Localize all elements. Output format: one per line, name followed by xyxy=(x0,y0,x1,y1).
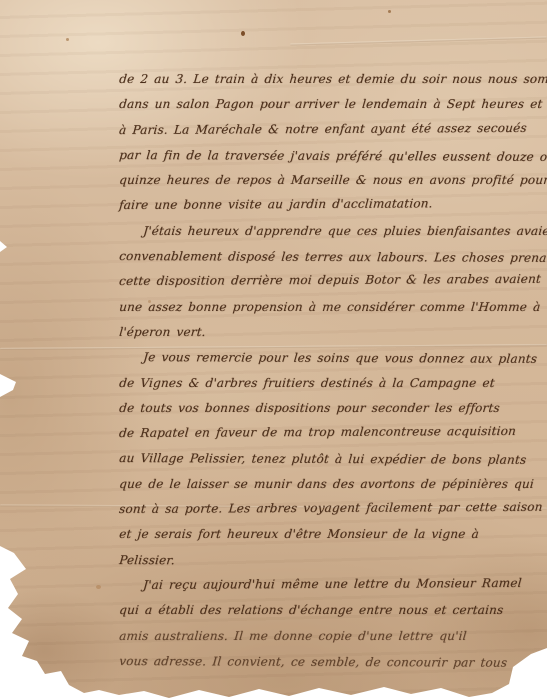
letter-line: de touts vos bonnes dispositions pour se… xyxy=(118,396,542,421)
letter-line: par la fin de la traversée j'avais préfé… xyxy=(118,143,542,170)
letter-line: de 2 au 3. Le train à dix heures et demi… xyxy=(118,67,542,92)
letter-photo: de 2 au 3. Le train à dix heures et demi… xyxy=(0,0,547,700)
letter-line: Je vous remercie pour les soins que vous… xyxy=(118,345,542,372)
letter-line: faire une bonne visite au jardin d'accli… xyxy=(118,191,542,219)
letter-line: à Paris. La Maréchale & notre enfant aya… xyxy=(118,115,542,143)
paper-crease xyxy=(290,36,547,45)
letter-line: que de le laisser se munir dans des avor… xyxy=(118,472,542,497)
paper-speck xyxy=(388,10,391,13)
letter-line: dans un salon Pagon pour arriver le lend… xyxy=(118,92,542,117)
letter-line: qui a établi des relations d'échange ent… xyxy=(118,598,542,623)
letter-line: une assez bonne propension à me considér… xyxy=(118,295,542,320)
letter-line: l'éperon vert. xyxy=(118,320,542,345)
letter-line: cette disposition derrière moi depuis Bo… xyxy=(118,267,542,295)
letter-line: vous adresse. Il convient, ce semble, de… xyxy=(118,649,542,676)
letter-line: sont à sa porte. Les arbres voyagent fac… xyxy=(118,495,542,523)
letter-line: de Rapatel en faveur de ma trop malencon… xyxy=(118,419,542,447)
paper-speck xyxy=(96,585,101,589)
paper-speck xyxy=(241,31,245,36)
letter-line: quinze heures de repos à Marseille & nou… xyxy=(118,168,542,193)
letter-line: et je serais fort heureux d'être Monsieu… xyxy=(118,522,542,547)
handwritten-text: de 2 au 3. Le train à dix heures et demi… xyxy=(118,67,540,674)
letter-line: J'étais heureux d'apprendre que ces plui… xyxy=(118,219,542,244)
letter-line: J'ai reçu aujourd'hui même une lettre du… xyxy=(118,571,542,599)
letter-line: au Village Pelissier, tenez plutôt à lui… xyxy=(118,446,542,473)
letter-line: de Vignes & d'arbres fruitiers destinés … xyxy=(118,371,542,396)
letter-line: amis australiens. Il me donne copie d'un… xyxy=(118,624,542,649)
letter-paper: de 2 au 3. Le train à dix heures et demi… xyxy=(0,0,547,700)
paper-speck xyxy=(66,38,69,41)
